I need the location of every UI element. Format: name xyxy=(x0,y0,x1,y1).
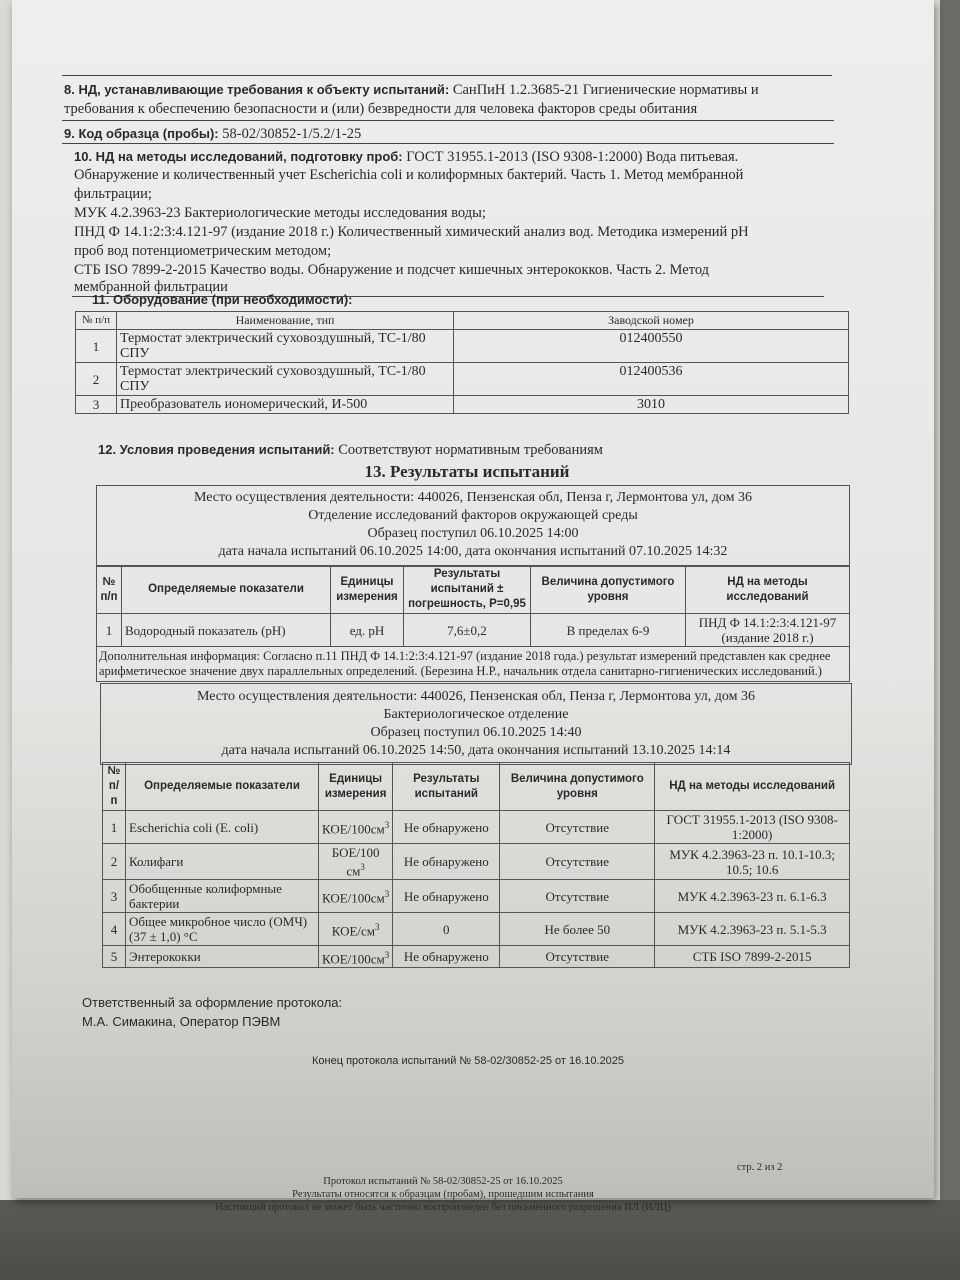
block-1-received: Образец поступил 06.10.2025 14:00 xyxy=(97,525,849,543)
col-header-limit: Величина допустимого уровня xyxy=(500,763,655,811)
divider xyxy=(62,120,834,121)
section-10-line: Обнаружение и количественный учет Escher… xyxy=(74,166,743,185)
end-of-protocol-note: Конец протокола испытаний № 58-02/30852-… xyxy=(312,1052,624,1071)
cell-number: 3 xyxy=(103,880,126,913)
cell-name: Термостат электрический суховоздушный, Т… xyxy=(117,330,454,363)
block-2-dates: дата начала испытаний 06.10.2025 14:50, … xyxy=(101,742,851,760)
cell-result: Не обнаружено xyxy=(393,811,500,844)
block-2-place: Место осуществления деятельности: 440026… xyxy=(101,688,851,706)
col-header-indicator: Определяемые показатели xyxy=(122,566,331,614)
results-title: 13. Результаты испытаний xyxy=(6,462,928,482)
block-1-header: Место осуществления деятельности: 440026… xyxy=(96,485,850,567)
signature-person: М.А. Симакина, Оператор ПЭВМ xyxy=(82,1012,280,1031)
col-header-name: Наименование, тип xyxy=(117,312,454,330)
col-header-result: Результаты испытаний xyxy=(393,763,500,811)
cell-unit: КОЕ/см xyxy=(332,923,375,938)
section-8-text-2: требования к обеспечению безопасности и … xyxy=(64,100,697,119)
cell-unit: БОЕ/100 см xyxy=(332,845,380,878)
cell-indicator: Escherichia coli (E. coli) xyxy=(126,811,319,844)
table-row: 5 Энтерококки КОЕ/100см3 Не обнаружено О… xyxy=(103,946,850,968)
cell-result: Не обнаружено xyxy=(393,946,500,968)
divider xyxy=(62,75,832,76)
section-12: 12. Условия проведения испытаний: Соотве… xyxy=(98,440,603,460)
cell-unit: КОЕ/100см xyxy=(322,890,385,905)
cell-limit: В пределах 6-9 xyxy=(531,614,686,647)
unit-superscript: 3 xyxy=(385,820,390,830)
divider xyxy=(62,143,834,144)
block-1-place: Место осуществления деятельности: 440026… xyxy=(97,489,849,507)
cell-indicator: Водородный показатель (pH) xyxy=(122,614,331,647)
col-header-number: № п/п xyxy=(76,312,117,330)
col-header-method: НД на методы исследований xyxy=(686,566,850,614)
equipment-label: 11. Оборудование (при необходимости): xyxy=(92,290,353,309)
cell-result: 0 xyxy=(393,913,500,946)
cell-serial: 012400550 xyxy=(454,330,849,363)
section-8: 8. НД, устанавливающие требования к объе… xyxy=(64,80,759,100)
table-row: 1 Escherichia coli (E. coli) КОЕ/100см3 … xyxy=(103,811,850,844)
cell-name: Термостат электрический суховоздушный, Т… xyxy=(117,363,454,396)
table-row: 3 Преобразователь иономерический, И-500 … xyxy=(76,396,849,414)
col-header-unit: Единицы измерения xyxy=(331,566,404,614)
table-row: 1 Водородный показатель (pH) ед. pH 7,6±… xyxy=(97,614,850,647)
sample-code-label: 9. Код образца (пробы): xyxy=(64,126,219,141)
cell-unit: КОЕ/100см xyxy=(322,951,385,966)
cell-method: ПНД Ф 14.1:2:3:4.121-97 (издание 2018 г.… xyxy=(686,614,850,647)
document-page: 8. НД, устанавливающие требования к объе… xyxy=(12,0,934,1198)
col-header-serial: Заводской номер xyxy=(454,312,849,330)
cell-limit: Отсутствие xyxy=(500,811,655,844)
additional-info-note: Дополнительная информация: Согласно п.11… xyxy=(97,647,850,682)
block-1-dates: дата начала испытаний 06.10.2025 14:00, … xyxy=(97,543,849,561)
cell-limit: Отсутствие xyxy=(500,880,655,913)
note-row: Дополнительная информация: Согласно п.11… xyxy=(97,647,850,682)
cell-limit: Отсутствие xyxy=(500,946,655,968)
cell-indicator: Обобщенные колиформные бактерии xyxy=(126,880,319,913)
cell-number: 5 xyxy=(103,946,126,968)
unit-superscript: 3 xyxy=(360,862,365,872)
section-10-line: ГОСТ 31955.1-2013 (ISO 9308-1:2000) Вода… xyxy=(406,149,738,165)
cell-number: 1 xyxy=(76,330,117,363)
col-header-unit: Единицы измерения xyxy=(319,763,393,811)
table-header-row: № п/п Определяемые показатели Единицы из… xyxy=(103,763,850,811)
cell-method: МУК 4.2.3963-23 п. 5.1-5.3 xyxy=(655,913,850,946)
cell-indicator: Колифаги xyxy=(126,844,319,880)
signature-label: Ответственный за оформление протокола: xyxy=(82,993,342,1012)
cell-method: МУК 4.2.3963-23 п. 10.1-10.3; 10.5; 10.6 xyxy=(655,844,850,880)
col-header-number: № п/п xyxy=(97,566,122,614)
conditions-label: 12. Условия проведения испытаний: xyxy=(98,442,335,457)
cell-serial: 012400536 xyxy=(454,363,849,396)
cell-method: МУК 4.2.3963-23 п. 6.1-6.3 xyxy=(655,880,850,913)
section-10-line: фильтрации; xyxy=(74,185,152,204)
equipment-table: № п/п Наименование, тип Заводской номер … xyxy=(75,311,849,414)
col-header-indicator: Определяемые показатели xyxy=(126,763,319,811)
table-row: 4 Общее микробное число (ОМЧ) (37 ± 1,0)… xyxy=(103,913,850,946)
unit-superscript: 3 xyxy=(385,889,390,899)
cell-name: Преобразователь иономерический, И-500 xyxy=(117,396,454,414)
table-row: 2 Колифаги БОЕ/100 см3 Не обнаружено Отс… xyxy=(103,844,850,880)
cell-limit: Не более 50 xyxy=(500,913,655,946)
cell-result: Не обнаружено xyxy=(393,844,500,880)
table-header-row: № п/п Наименование, тип Заводской номер xyxy=(76,312,849,330)
table-header-row: № п/п Определяемые показатели Единицы из… xyxy=(97,566,850,614)
block-1-department: Отделение исследований факторов окружающ… xyxy=(97,507,849,525)
cell-limit: Отсутствие xyxy=(500,844,655,880)
cell-method: СТБ ISO 7899-2-2015 xyxy=(655,946,850,968)
section-10-line: проб вод потенциометрическим методом; xyxy=(74,242,331,261)
cell-unit: ед. pH xyxy=(331,614,404,647)
cell-result: 7,6±0,2 xyxy=(404,614,531,647)
section-10-line: МУК 4.2.3963-23 Бактериологические метод… xyxy=(74,204,486,223)
section-10-label: 10. НД на методы исследований, подготовк… xyxy=(74,149,403,164)
col-header-limit: Величина допустимого уровня xyxy=(531,566,686,614)
section-8-label: 8. НД, устанавливающие требования к объе… xyxy=(64,82,449,97)
footer-copy-restriction: Настоящий протокол не может быть частичн… xyxy=(0,1198,904,1217)
cell-number: 4 xyxy=(103,913,126,946)
col-header-number: № п/п xyxy=(103,763,126,811)
col-header-method: НД на методы исследований xyxy=(655,763,850,811)
cell-unit: КОЕ/100см xyxy=(322,821,385,836)
section-10: 10. НД на методы исследований, подготовк… xyxy=(74,147,738,167)
cell-number: 2 xyxy=(103,844,126,880)
cell-number: 1 xyxy=(97,614,122,647)
col-header-result: Результаты испытаний ± погрешность, Р=0,… xyxy=(404,566,531,614)
block-2-header: Место осуществления деятельности: 440026… xyxy=(100,683,852,765)
results-table-1: № п/п Определяемые показатели Единицы из… xyxy=(96,565,850,682)
cell-number: 3 xyxy=(76,396,117,414)
cell-indicator: Энтерококки xyxy=(126,946,319,968)
cell-result: Не обнаружено xyxy=(393,880,500,913)
block-2-department: Бактериологическое отделение xyxy=(101,706,851,724)
unit-superscript: 3 xyxy=(385,950,390,960)
cell-indicator: Общее микробное число (ОМЧ) (37 ± 1,0) °… xyxy=(126,913,319,946)
cell-number: 2 xyxy=(76,363,117,396)
cell-method: ГОСТ 31955.1-2013 (ISO 9308-1:2000) xyxy=(655,811,850,844)
section-10-line: ПНД Ф 14.1:2:3:4.121-97 (издание 2018 г.… xyxy=(74,223,749,242)
sample-code-value: 58-02/30852-1/5.2/1-25 xyxy=(222,126,361,142)
block-2-received: Образец поступил 06.10.2025 14:40 xyxy=(101,724,851,742)
unit-superscript: 3 xyxy=(375,922,380,932)
section-9: 9. Код образца (пробы): 58-02/30852-1/5.… xyxy=(64,124,361,144)
section-8-text: СанПиН 1.2.3685-21 Гигиенические нормати… xyxy=(453,82,759,98)
conditions-value: Соответствуют нормативным требованиям xyxy=(338,442,603,458)
table-row: 2 Термостат электрический суховоздушный,… xyxy=(76,363,849,396)
results-table-2: № п/п Определяемые показатели Единицы из… xyxy=(102,762,850,968)
table-row: 1 Термостат электрический суховоздушный,… xyxy=(76,330,849,363)
cell-number: 1 xyxy=(103,811,126,844)
cell-serial: 3010 xyxy=(454,396,849,414)
table-row: 3 Обобщенные колиформные бактерии КОЕ/10… xyxy=(103,880,850,913)
